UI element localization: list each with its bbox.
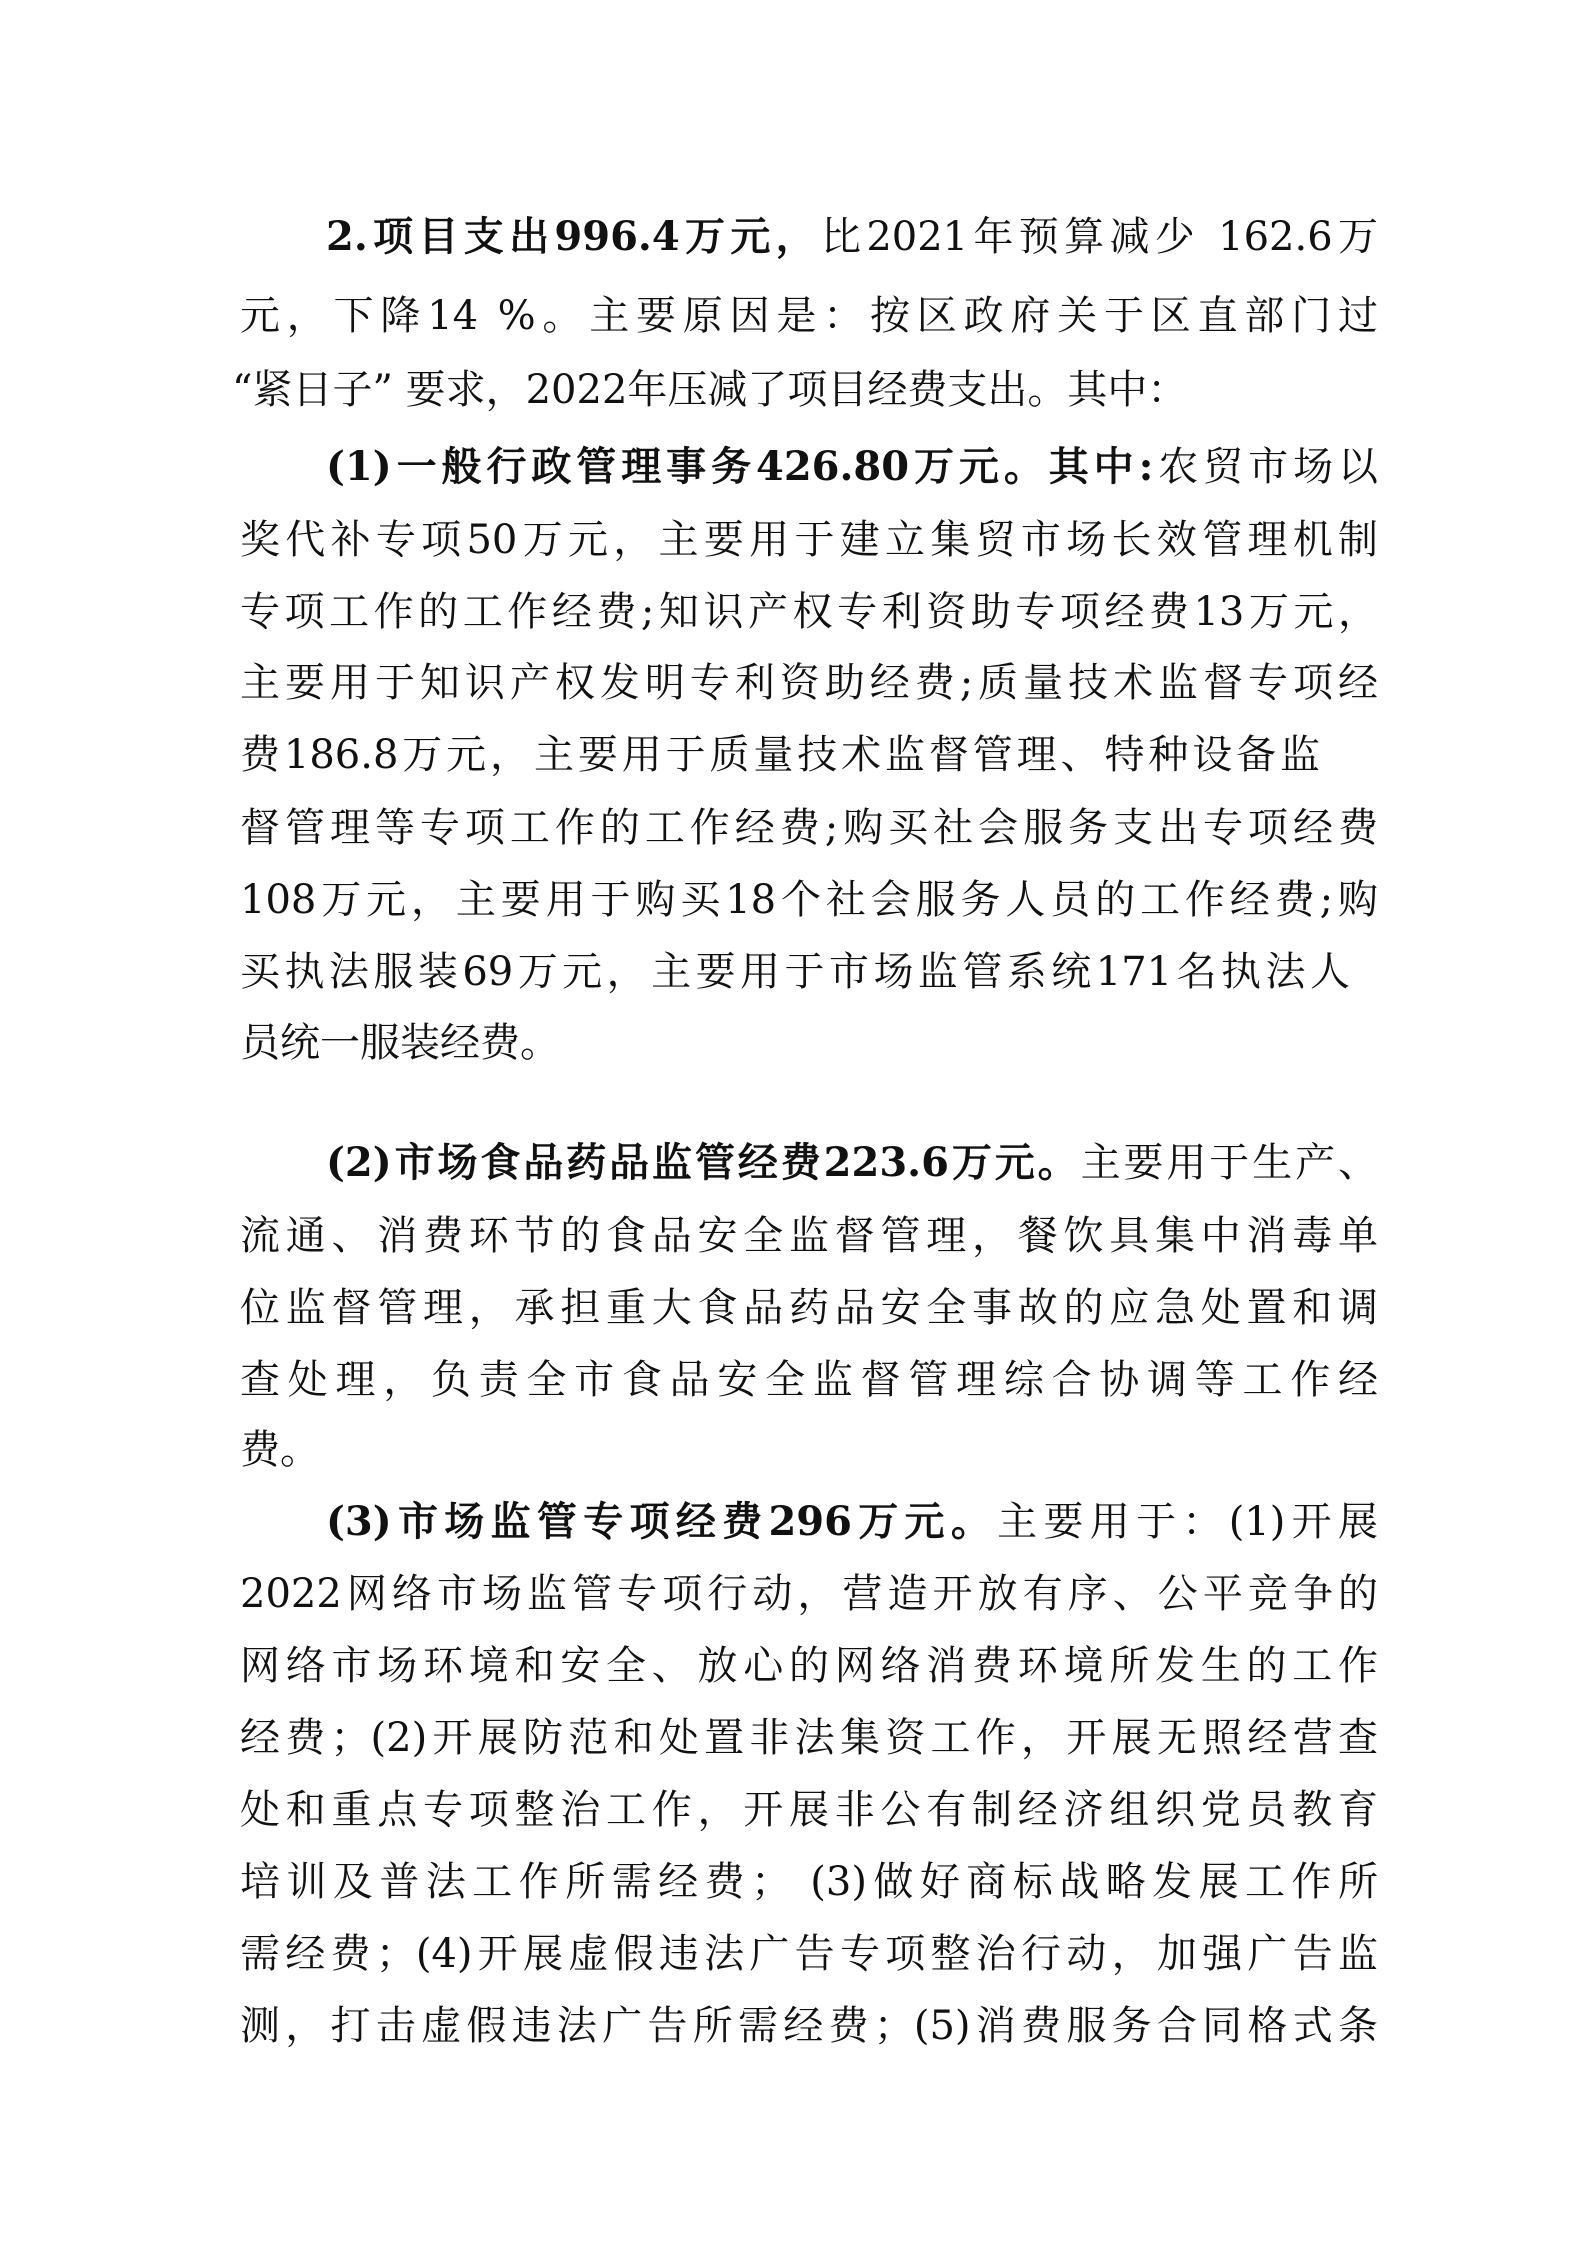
item3-line-1: (3)市场监管专项经费296万元。主要用于：(1)开展 [326, 1492, 1378, 1552]
document-page: 2.项目支出996.4万元，比2021年预算减少 162.6万 元，下降14 %… [0, 0, 1587, 2245]
item1-line-9: 员统一服装经费。 [240, 1013, 1378, 1073]
item2-line-1: (2)市场食品药品监管经费223.6万元。主要用于生产、 [326, 1133, 1378, 1193]
item2-line-3: 位监督管理，承担重大食品药品安全事故的应急处置和调 [240, 1278, 1378, 1338]
item1-line-6: 督管理等专项工作的工作经费;购买社会服务支出专项经费 [240, 798, 1378, 858]
item1-line-8: 买执法服装69万元，主要用于市场监管系统171名执法人 [240, 942, 1350, 1002]
item2-line-2: 流通、消费环节的食品安全监督管理，餐饮具集中消毒单 [240, 1206, 1378, 1266]
item1-line-1: (1)一般行政管理事务426.80万元。其中:农贸市场以 [326, 437, 1378, 497]
item2-line-4: 查处理，负责全市食品安全监督管理综合协调等工作经 [240, 1350, 1378, 1410]
item1-line-4: 主要用于知识产权发明专利资助经费;质量技术监督专项经 [240, 653, 1378, 713]
item2-line-1-rest: 主要用于生产、 [1081, 1140, 1378, 1186]
item3-line-4: 经费；(2)开展防范和处置非法集资工作，开展无照经营查 [240, 1708, 1378, 1768]
intro-bold-heading: 2.项目支出996.4万元， [326, 213, 821, 260]
item1-line-2: 奖代补专项50万元，主要用于建立集贸市场长效管理机制 [240, 510, 1378, 570]
item2-bold-heading: (2)市场食品药品监管经费223.6万元。 [326, 1139, 1081, 1186]
item3-line-6: 培训及普法工作所需经费； (3)做好商标战略发展工作所 [240, 1852, 1378, 1912]
item3-line-3: 网络市场环境和安全、放心的网络消费环境所发生的工作 [240, 1636, 1378, 1696]
item1-line-1-rest: 农贸市场以 [1153, 444, 1378, 490]
item1-bold-heading: (1)一般行政管理事务426.80万元。其中: [326, 443, 1153, 490]
intro-line-1-rest: 比2021年预算减少 162.6万 [821, 214, 1378, 260]
item3-line-1-rest: 主要用于：(1)开展 [997, 1499, 1378, 1545]
intro-line-3: “紧日子” 要求，2022年压减了项目经费支出。其中： [232, 360, 1370, 420]
item3-line-7: 需经费；(4)开展虚假违法广告专项整治行动，加强广告监 [240, 1924, 1378, 1984]
item1-line-3: 专项工作的工作经费;知识产权专利资助专项经费13万元， [240, 582, 1378, 642]
item3-bold-heading: (3)市场监管专项经费296万元。 [326, 1498, 997, 1545]
intro-line-2: 元，下降14 %。主要原因是：按区政府关于区直部门过 [240, 286, 1378, 346]
item1-line-5: 费186.8万元，主要用于质量技术监督管理、特种设备监 [240, 725, 1320, 785]
item3-line-8: 测，打击虚假违法广告所需经费；(5)消费服务合同格式条 [240, 1996, 1378, 2056]
item3-line-2: 2022网络市场监管专项行动，营造开放有序、公平竞争的 [240, 1564, 1378, 1624]
item2-line-5: 费。 [240, 1420, 1378, 1480]
item1-line-7: 108万元，主要用于购买18个社会服务人员的工作经费;购 [240, 870, 1378, 930]
intro-line-1: 2.项目支出996.4万元，比2021年预算减少 162.6万 [326, 207, 1378, 267]
item3-line-5: 处和重点专项整治工作，开展非公有制经济组织党员教育 [240, 1780, 1378, 1840]
